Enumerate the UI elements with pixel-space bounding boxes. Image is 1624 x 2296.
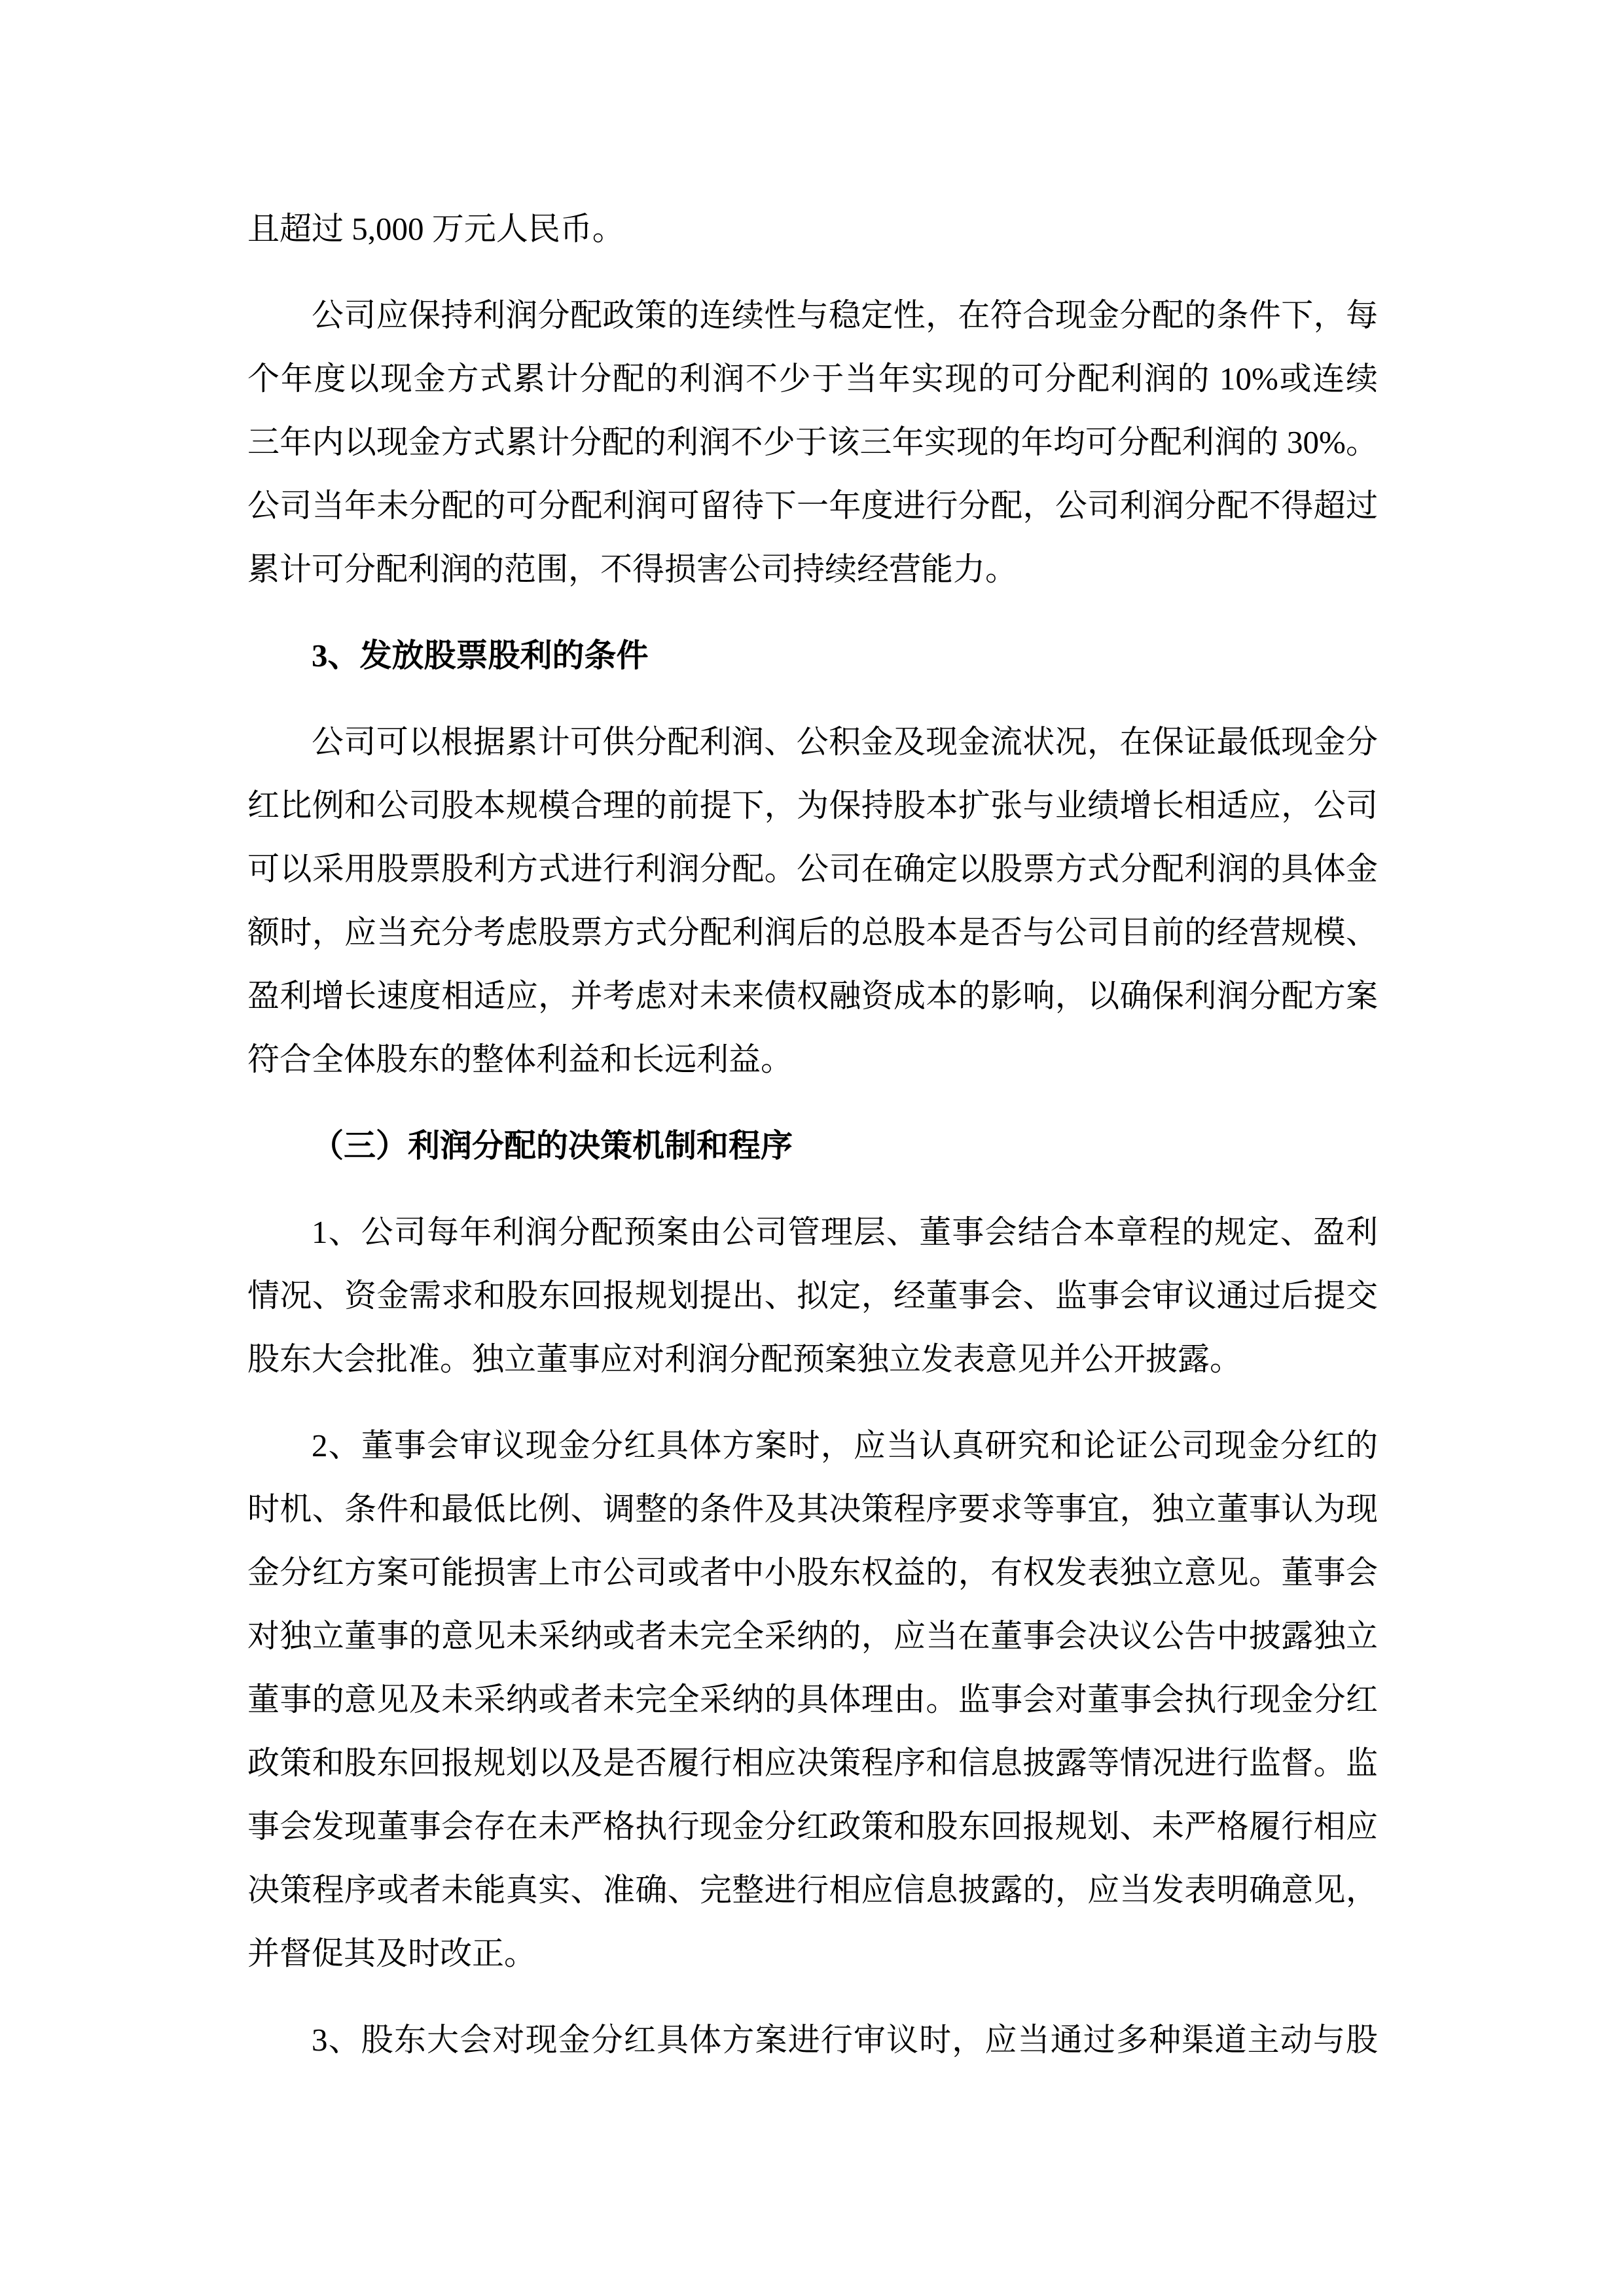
text-line: 且超过 5,000 万元人民币。 <box>247 197 1378 260</box>
text-line: 盈利增长速度相适应，并考虑对未来债权融资成本的影响，以确保利润分配方案 <box>247 964 1378 1028</box>
text-line: 公司当年未分配的可分配利润可留待下一年度进行分配，公司利润分配不得超过 <box>247 474 1378 537</box>
section-heading: （三）利润分配的决策机制和程序 <box>247 1114 1378 1177</box>
document-page: 且超过 5,000 万元人民币。公司应保持利润分配政策的连续性与稳定性，在符合现… <box>0 0 1624 2296</box>
paragraph: 2、董事会审议现金分红具体方案时，应当认真研究和论证公司现金分红的时机、条件和最… <box>247 1414 1378 1985</box>
paragraph: 且超过 5,000 万元人民币。 <box>247 197 1378 260</box>
document-body: 且超过 5,000 万元人民币。公司应保持利润分配政策的连续性与稳定性，在符合现… <box>247 197 1378 2094</box>
section-heading: 3、发放股票股利的条件 <box>247 624 1378 687</box>
text-line: 个年度以现金方式累计分配的利润不少于当年实现的可分配利润的 10%或连续 <box>247 347 1378 410</box>
text-line: 决策程序或者未能真实、准确、完整进行相应信息披露的，应当发表明确意见， <box>247 1858 1378 1922</box>
text-line: 并督促其及时改正。 <box>247 1922 1378 1985</box>
paragraph: 公司可以根据累计可供分配利润、公积金及现金流状况，在保证最低现金分红比例和公司股… <box>247 710 1378 1091</box>
paragraph: 1、公司每年利润分配预案由公司管理层、董事会结合本章程的规定、盈利情况、资金需求… <box>247 1200 1378 1391</box>
text-line: 额时，应当充分考虑股票方式分配利润后的总股本是否与公司目前的经营规模、 <box>247 901 1378 964</box>
paragraph: 公司应保持利润分配政策的连续性与稳定性，在符合现金分配的条件下，每个年度以现金方… <box>247 283 1378 601</box>
paragraph: 3、股东大会对现金分红具体方案进行审议时，应当通过多种渠道主动与股 <box>247 2008 1378 2072</box>
text-line: 1、公司每年利润分配预案由公司管理层、董事会结合本章程的规定、盈利 <box>247 1200 1378 1264</box>
text-line: 金分红方案可能损害上市公司或者中小股东权益的，有权发表独立意见。董事会 <box>247 1541 1378 1604</box>
text-line: 3、发放股票股利的条件 <box>247 624 1378 687</box>
text-line: 3、股东大会对现金分红具体方案进行审议时，应当通过多种渠道主动与股 <box>247 2008 1378 2072</box>
text-line: 可以采用股票股利方式进行利润分配。公司在确定以股票方式分配利润的具体金 <box>247 837 1378 901</box>
text-line: 2、董事会审议现金分红具体方案时，应当认真研究和论证公司现金分红的 <box>247 1414 1378 1477</box>
text-line: 红比例和公司股本规模合理的前提下，为保持股本扩张与业绩增长相适应，公司 <box>247 774 1378 837</box>
text-line: 符合全体股东的整体利益和长远利益。 <box>247 1028 1378 1091</box>
text-line: 政策和股东回报规划以及是否履行相应决策程序和信息披露等情况进行监督。监 <box>247 1731 1378 1795</box>
text-line: 三年内以现金方式累计分配的利润不少于该三年实现的年均可分配利润的 30%。 <box>247 410 1378 474</box>
text-line: 情况、资金需求和股东回报规划提出、拟定，经董事会、监事会审议通过后提交 <box>247 1264 1378 1327</box>
text-line: 公司应保持利润分配政策的连续性与稳定性，在符合现金分配的条件下，每 <box>247 283 1378 347</box>
text-line: 股东大会批准。独立董事应对利润分配预案独立发表意见并公开披露。 <box>247 1327 1378 1391</box>
text-line: 对独立董事的意见未采纳或者未完全采纳的，应当在董事会决议公告中披露独立 <box>247 1604 1378 1668</box>
text-line: （三）利润分配的决策机制和程序 <box>247 1114 1378 1177</box>
text-line: 事会发现董事会存在未严格执行现金分红政策和股东回报规划、未严格履行相应 <box>247 1795 1378 1858</box>
text-line: 时机、条件和最低比例、调整的条件及其决策程序要求等事宜，独立董事认为现 <box>247 1477 1378 1541</box>
text-line: 董事的意见及未采纳或者未完全采纳的具体理由。监事会对董事会执行现金分红 <box>247 1668 1378 1731</box>
text-line: 公司可以根据累计可供分配利润、公积金及现金流状况，在保证最低现金分 <box>247 710 1378 774</box>
text-line: 累计可分配利润的范围，不得损害公司持续经营能力。 <box>247 537 1378 601</box>
